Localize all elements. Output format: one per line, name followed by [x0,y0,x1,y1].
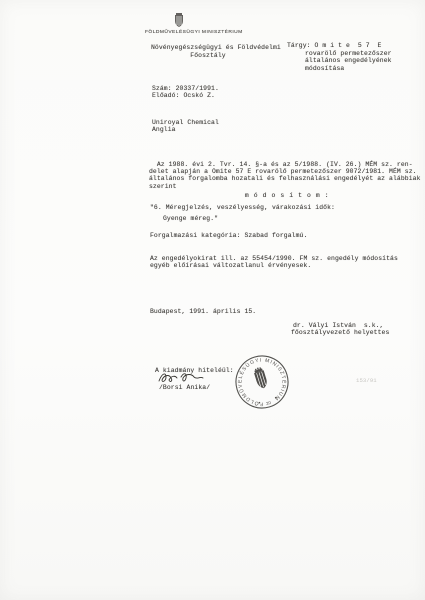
subject-line: rovarölő permetezőszer [305,50,392,57]
subject-line: általános engedélyének [305,57,392,64]
coat-of-arms-icon [173,13,185,28]
signer-title: főosztályvezető helyettes [291,329,389,336]
corner-note: 153/91 [356,377,377,384]
category-line: Forgalmazási kategória: Szabad forgalmú. [150,232,307,239]
coat-of-arms-icon [253,366,269,389]
department-name-line1: Növényegészségügyi és Földvédelmi [151,44,265,51]
quote-line: "6. Méregjelzés, veszélyesség, várakozás… [150,204,335,211]
subject-line: Tárgy: O m i t e 5 7 E [287,42,381,49]
body-line: szerint [149,183,177,190]
body-line: általános forgalomba hozatali és felhasz… [149,175,421,182]
addressee-line: Anglia [152,126,176,133]
clerk-name: Előadó: Ocskó Z. [152,92,215,99]
subject-label: Tárgy: [287,42,315,49]
closing-line: egyéb előírásai változatlanul érvényesek… [150,262,311,269]
ministry-round-stamp: FÖLDMŰVELÉSÜGYI MINISZTÉRIUM 20 [222,342,302,422]
department-name-line2: Főosztály [151,52,265,59]
document-page: FÖLDMŰVELÉSÜGYI MINISZTÉRIUM Növényegész… [0,0,425,600]
ministry-name: FÖLDMŰVELÉSÜGYI MINISZTÉRIUM [145,29,243,36]
date-line: Budapest, 1991. április 15. [150,308,256,315]
subject-product-name: O m i t e 5 7 E [315,42,382,49]
stamp-number: 20 [265,400,272,406]
quote-line: Gyenge méreg." [163,215,218,222]
modification-emphasis: m ó d o s í t o m : [149,192,425,199]
attest-typed-name: /Borsi Anika/ [159,384,210,391]
subject-line: módosítása [305,65,344,72]
